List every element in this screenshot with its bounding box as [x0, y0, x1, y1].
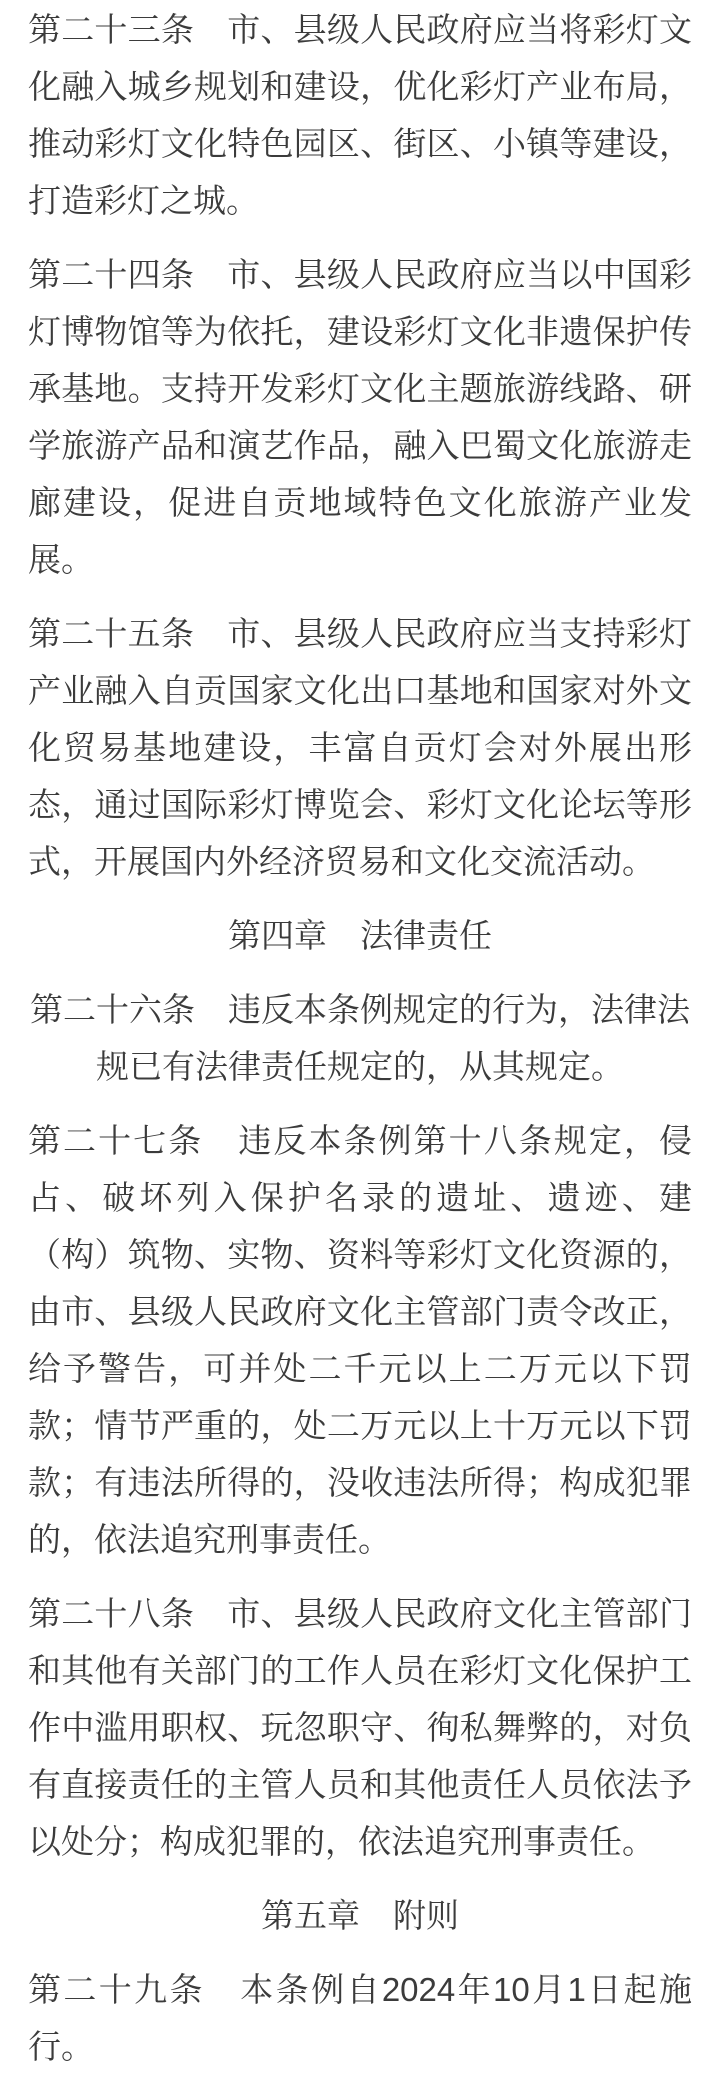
- article-23-paragraph: 第二十三条 市、县级人民政府应当将彩灯文 化融入城乡规划和建设，优化彩灯产业布局…: [28, 1, 692, 229]
- text-line: 作中滥用职权、玩忽职守、徇私舞弊的，对负: [28, 1699, 692, 1756]
- text-line: 由市、县级人民政府文化主管部门责令改正，: [28, 1283, 692, 1340]
- text-line: 款；有违法所得的，没收违法所得；构成犯罪: [28, 1454, 692, 1511]
- chapter-title: 第四章 法律责任: [28, 907, 692, 964]
- article-24-paragraph: 第二十四条 市、县级人民政府应当以中国彩 灯博物馆等为依托，建设彩灯文化非遗保护…: [28, 246, 692, 588]
- text-line: 占、破坏列入保护名录的遗址、遗迹、建: [28, 1169, 692, 1226]
- text-line: 第二十七条 违反本条例第十八条规定，侵: [28, 1112, 692, 1169]
- text-line: 第二十四条 市、县级人民政府应当以中国彩: [28, 246, 692, 303]
- article-29-paragraph: 第二十九条 本条例自2024年10月1日起施 行。: [28, 1961, 692, 2075]
- article-28-paragraph: 第二十八条 市、县级人民政府文化主管部门 和其他有关部门的工作人员在彩灯文化保护…: [28, 1585, 692, 1870]
- chapter-5-heading: 第五章 附则: [28, 1887, 692, 1944]
- text-line: 给予警告，可并处二千元以上二万元以下罚: [28, 1340, 692, 1397]
- text-line: 打造彩灯之城。: [28, 172, 692, 229]
- text-line: 廊建设，促进自贡地域特色文化旅游产业发: [28, 474, 692, 531]
- text-line: 第二十六条 违反本条例规定的行为，法律法: [28, 981, 692, 1038]
- text-line: 式，开展国内外经济贸易和文化交流活动。: [28, 833, 692, 890]
- text-line: 学旅游产品和演艺作品，融入巴蜀文化旅游走: [28, 417, 692, 474]
- article-26-paragraph: 第二十六条 违反本条例规定的行为，法律法 规已有法律责任规定的，从其规定。: [28, 981, 692, 1095]
- text-line: 推动彩灯文化特色园区、街区、小镇等建设，: [28, 115, 692, 172]
- text-line: 态，通过国际彩灯博览会、彩灯文化论坛等形: [28, 776, 692, 833]
- text-line: 第二十九条 本条例自2024年10月1日起施: [28, 1961, 692, 2018]
- text-line: 和其他有关部门的工作人员在彩灯文化保护工: [28, 1642, 692, 1699]
- article-25-paragraph: 第二十五条 市、县级人民政府应当支持彩灯 产业融入自贡国家文化出口基地和国家对外…: [28, 605, 692, 890]
- chapter-title: 第五章 附则: [28, 1887, 692, 1944]
- text-line: 规已有法律责任规定的，从其规定。: [28, 1038, 692, 1095]
- text-line: 化融入城乡规划和建设，优化彩灯产业布局，: [28, 58, 692, 115]
- text-line: 灯博物馆等为依托，建设彩灯文化非遗保护传: [28, 303, 692, 360]
- text-line: 有直接责任的主管人员和其他责任人员依法予: [28, 1756, 692, 1813]
- chapter-4-heading: 第四章 法律责任: [28, 907, 692, 964]
- regulation-document: 第二十三条 市、县级人民政府应当将彩灯文 化融入城乡规划和建设，优化彩灯产业布局…: [0, 0, 720, 2075]
- text-line: 展。: [28, 531, 692, 588]
- text-line: 承基地。支持开发彩灯文化主题旅游线路、研: [28, 360, 692, 417]
- text-line: 行。: [28, 2018, 692, 2075]
- article-27-paragraph: 第二十七条 违反本条例第十八条规定，侵 占、破坏列入保护名录的遗址、遗迹、建 （…: [28, 1112, 692, 1568]
- text-line: 第二十八条 市、县级人民政府文化主管部门: [28, 1585, 692, 1642]
- text-line: 款；情节严重的，处二万元以上十万元以下罚: [28, 1397, 692, 1454]
- text-line: 以处分；构成犯罪的，依法追究刑事责任。: [28, 1813, 692, 1870]
- text-line: （构）筑物、实物、资料等彩灯文化资源的，: [28, 1226, 692, 1283]
- text-line: 的，依法追究刑事责任。: [28, 1511, 692, 1568]
- text-line: 第二十五条 市、县级人民政府应当支持彩灯: [28, 605, 692, 662]
- text-line: 化贸易基地建设，丰富自贡灯会对外展出形: [28, 719, 692, 776]
- text-line: 第二十三条 市、县级人民政府应当将彩灯文: [28, 1, 692, 58]
- text-line: 产业融入自贡国家文化出口基地和国家对外文: [28, 662, 692, 719]
